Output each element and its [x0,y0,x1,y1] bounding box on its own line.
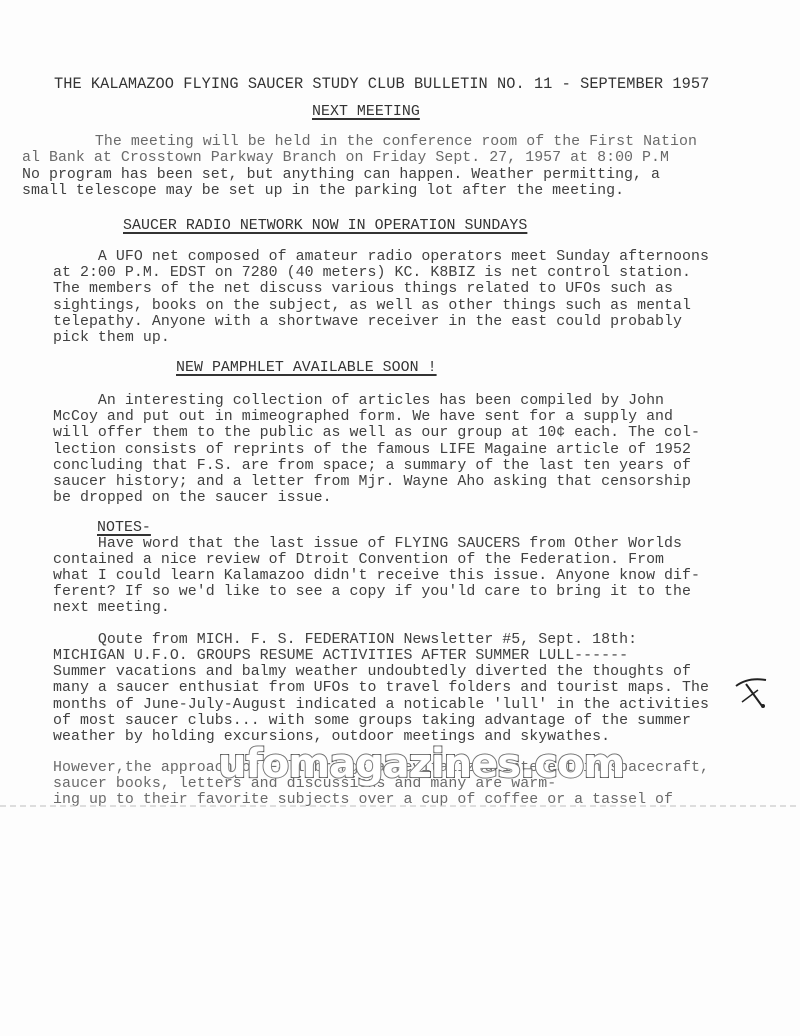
watermark-logo: ufomagazines.com [218,742,624,786]
body-line: al Bank at Crosstown Parkway Branch on F… [22,150,669,166]
body-line: McCoy and put out in mimeographed form. … [53,409,673,425]
body-line: will offer them to the public as well as… [53,425,700,441]
body-line: Have word that the last issue of FLYING … [53,536,682,552]
body-line: concluding that F.S. are from space; a s… [53,458,691,474]
body-line: The meeting will be held in the conferen… [50,134,697,150]
masthead: THE KALAMAZOO FLYING SAUCER STUDY CLUB B… [54,76,709,92]
section-heading-next-meeting: NEXT MEETING [312,104,420,120]
body-line: ferent? If so we'd like to see a copy if… [53,584,691,600]
section-heading-new-pamphlet: NEW PAMPHLET AVAILABLE SOON ! [176,360,437,376]
body-line: The members of the net discuss various t… [53,281,673,297]
body-line: of most saucer clubs... with some groups… [53,713,691,729]
body-line: pick them up. [53,330,170,346]
body-line: An interesting collection of articles ha… [53,393,664,409]
body-line: lection consists of reprints of the famo… [53,442,691,458]
body-line: contained a nice review of Dtroit Conven… [53,552,664,568]
section-heading-notes: NOTES- [97,520,151,536]
body-line: telepathy. Anyone with a shortwave recei… [53,314,682,330]
body-line: A UFO net composed of amateur radio oper… [53,249,709,265]
body-line: small telescope may be set up in the par… [22,183,624,199]
body-line: No program has been set, but anything ca… [22,167,660,183]
body-line: be dropped on the saucer issue. [53,490,332,506]
body-line: MICHIGAN U.F.O. GROUPS RESUME ACTIVITIES… [53,648,628,664]
page-cutoff-line [0,805,800,807]
body-line: saucer history; and a letter from Mjr. W… [53,474,691,490]
section-heading-radio-network: SAUCER RADIO NETWORK NOW IN OPERATION SU… [123,218,527,234]
body-line: many a saucer enthusiat from UFOs to tra… [53,680,709,696]
body-line: at 2:00 P.M. EDST on 7280 (40 meters) KC… [53,265,691,281]
body-line: what I could learn Kalamazoo didn't rece… [53,568,700,584]
body-line: sightings, books on the subject, as well… [53,298,691,314]
handwritten-mark-icon [732,676,772,710]
body-line: months of June-July-August indicated a n… [53,697,709,713]
body-line: Qoute from MICH. F. S. FEDERATION Newsle… [53,632,637,648]
body-line: next meeting. [53,600,170,616]
scanned-page: THE KALAMAZOO FLYING SAUCER STUDY CLUB B… [0,0,800,1036]
body-line: Summer vacations and balmy weather undou… [53,664,691,680]
